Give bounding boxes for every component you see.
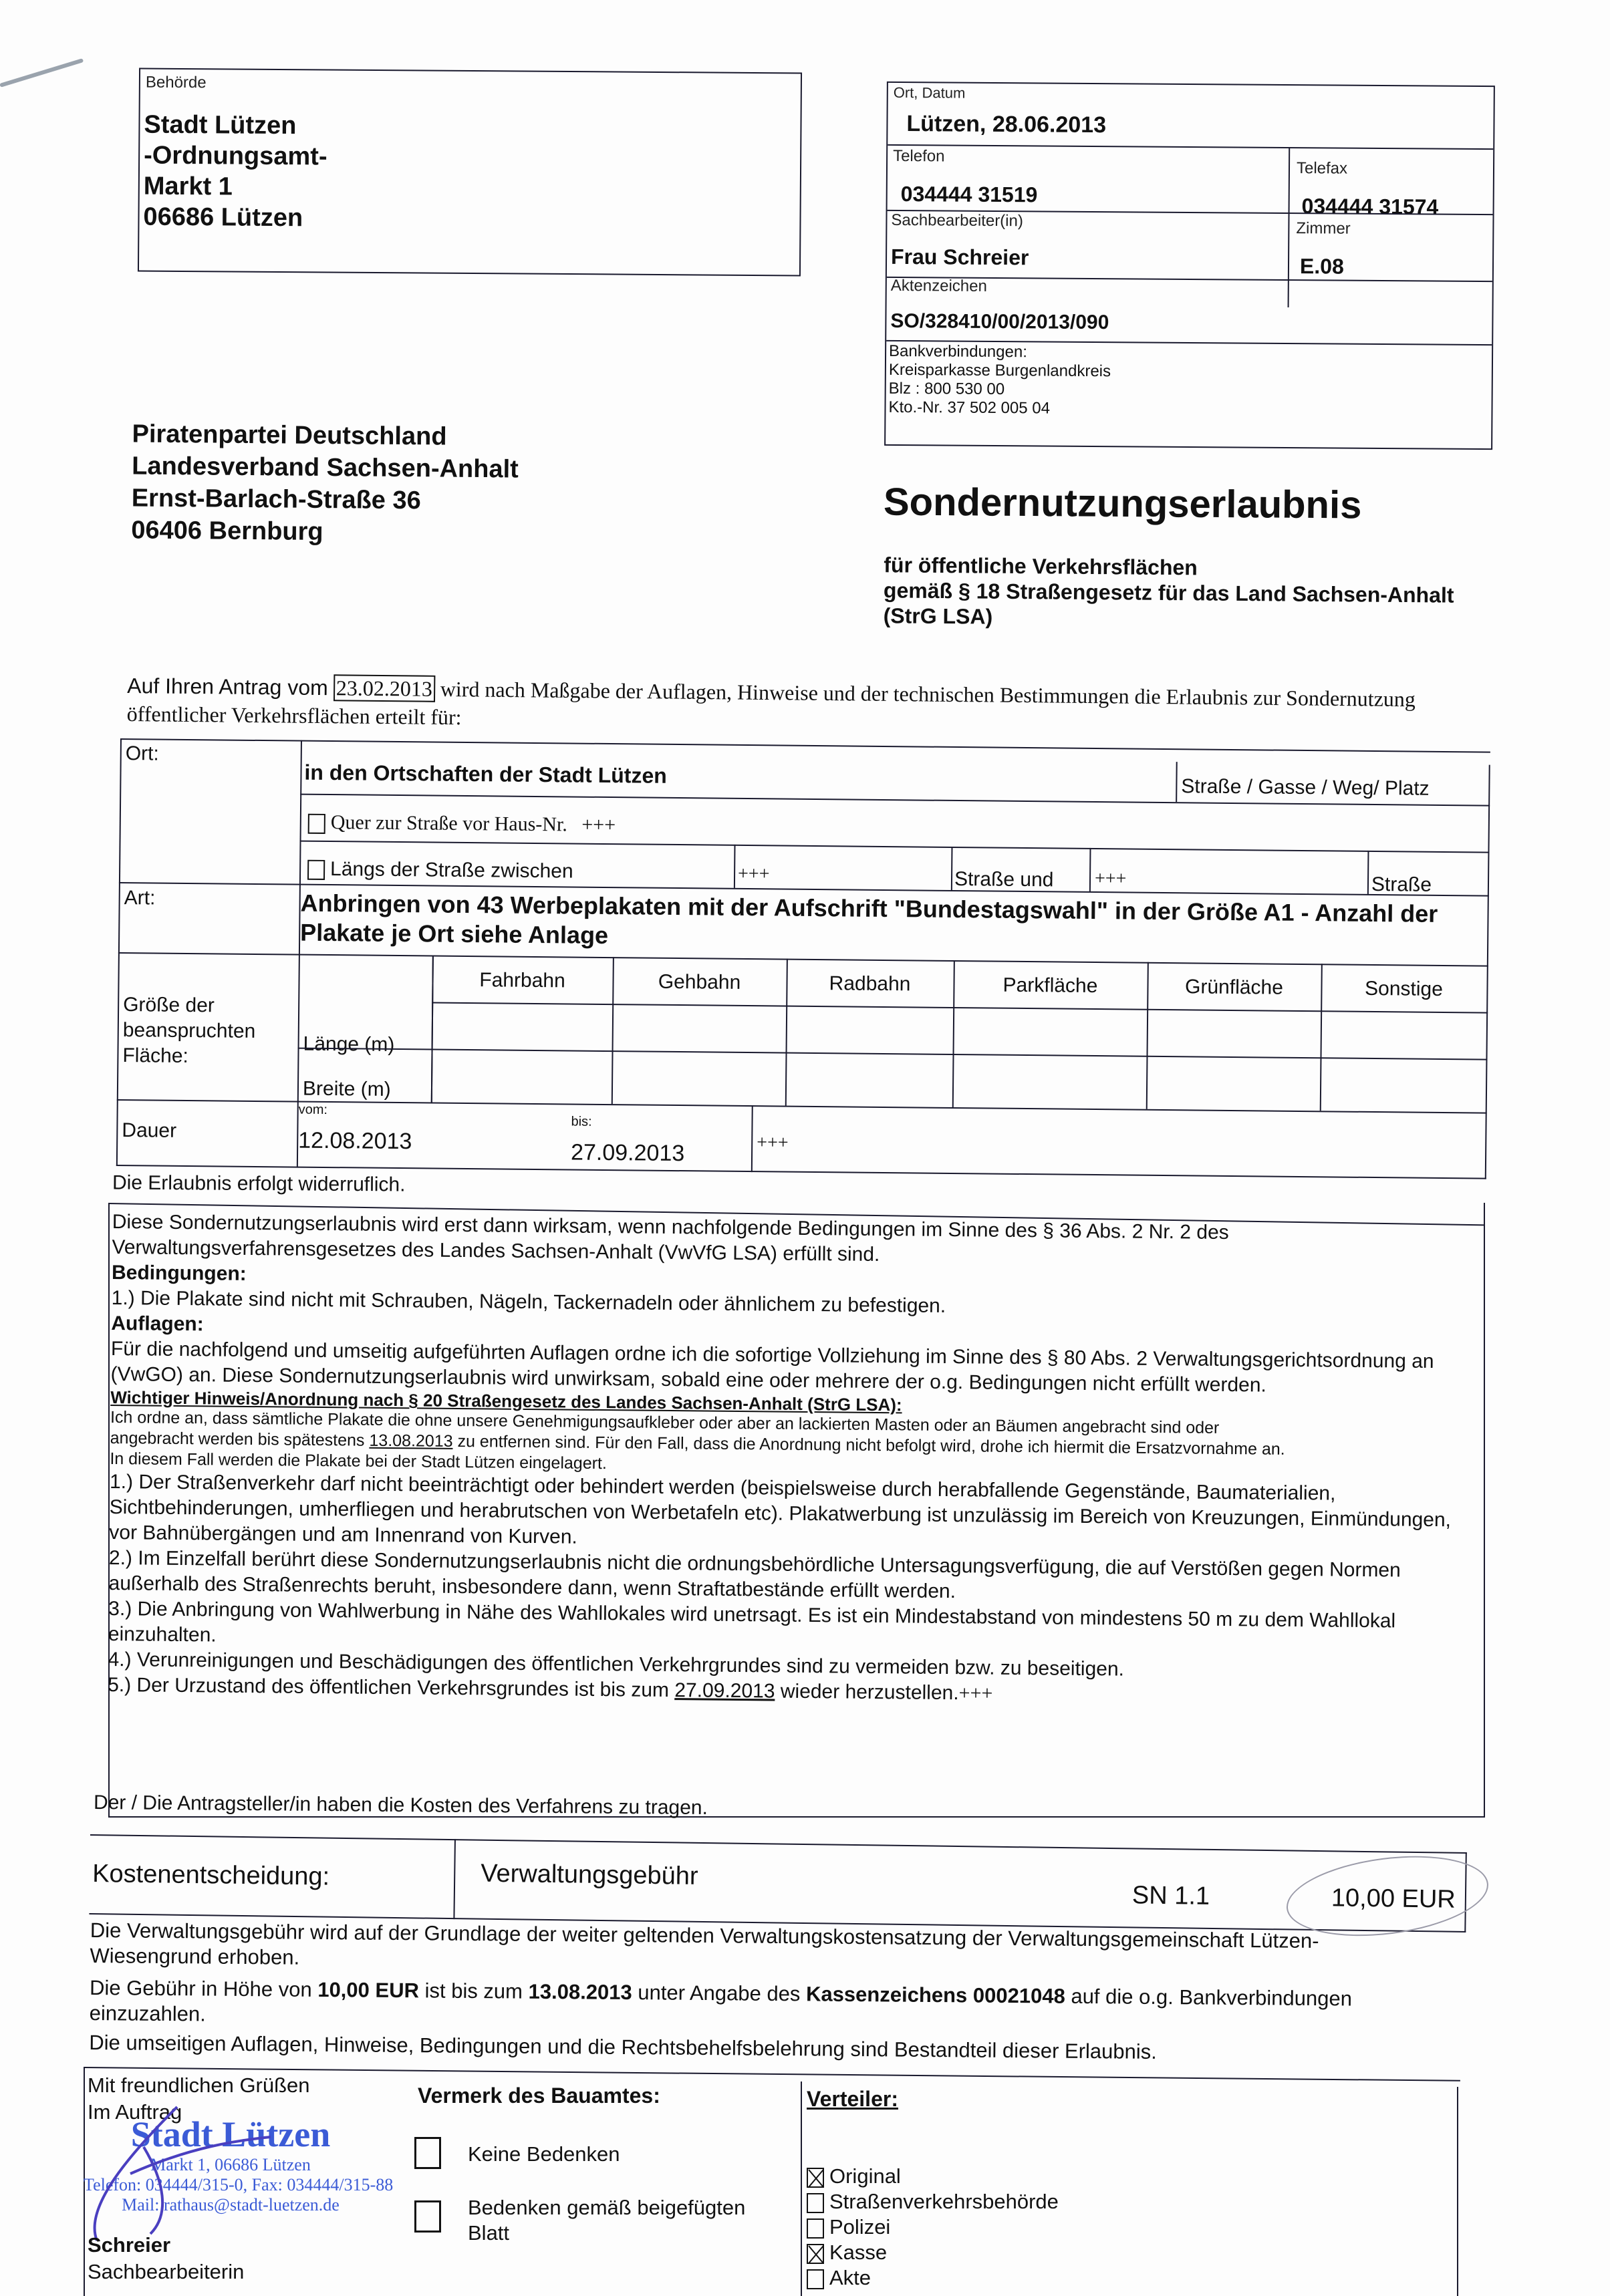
laengs-to: +++ [1095,868,1127,889]
area-column-header: Radbahn [786,972,953,996]
permit-table: Ort: in den Ortschaften der Stadt Lützen… [116,738,1490,1179]
art-label: Art: [124,887,156,909]
title-subtitle: für öffentliche Verkehrsflächen gemäß § … [884,552,1455,633]
file-ref-value: SO/328410/00/2013/090 [890,310,1109,334]
concerns-label: Bedenken gemäß beigefügten Blatt [468,2195,775,2246]
subtitle-line3: (StrG LSA) [884,603,1454,633]
fee-code: SN 1.1 [1132,1881,1210,1911]
fax-label: Telefax [1297,159,1347,178]
fax-value: 034444 31574 [1301,194,1438,219]
checked-checkbox-icon[interactable] [807,2168,824,2188]
ort-label: Ort: [126,742,159,765]
distribution-item[interactable]: Polizei [807,2214,1059,2240]
signer-name: Schreier [88,2232,244,2259]
pay-mid2: unter Angabe des [638,1981,800,2005]
fee-basis: Die Verwaltungsgebühr wird auf der Grund… [90,1918,1440,1981]
area-column-header: Gehbahn [612,970,786,994]
distribution-item[interactable]: Straßenverkehrsbehörde [807,2189,1059,2214]
to-label: bis: [571,1115,591,1130]
intro-line2: öffentlicher Verkehrsflächen erteilt für… [127,702,462,729]
notice-line2-prefix: angebracht werden bis spätestens [110,1429,365,1450]
cost-decision-box: Kostenentscheidung: Verwaltungsgebühr SN… [89,1834,1466,1932]
distribution-item[interactable]: Kasse [807,2240,1059,2265]
distribution-list: OriginalStraßenverkehrsbehördePolizeiKas… [807,2164,1059,2291]
recipient-line1: Piratenpartei Deutschland [132,418,519,453]
checkbox-icon[interactable] [807,2218,824,2239]
cash-reference: Kassenzeichens 00021048 [806,1982,1065,2007]
concerns-checkbox[interactable] [414,2200,441,2233]
authority-city: 06686 Lützen [143,202,327,234]
no-concerns-label: Keine Bedenken [468,2142,620,2166]
greeting: Mit freundlichen Grüßen [88,2072,310,2099]
art-value: Anbringen von 43 Werbeplakaten mit der A… [300,889,1484,959]
distribution-item-label: Original [829,2164,901,2188]
recipient-line3: Ernst-Barlach-Straße 36 [132,482,519,517]
building-office-heading: Vermerk des Bauamtes: [418,2084,660,2108]
authority-street: Markt 1 [144,171,327,203]
application-date: 23.02.2013 [333,674,435,702]
pay-amount: 10,00 EUR [317,1978,419,2002]
authority-department: -Ordnungsamt- [144,140,327,172]
duration-extra: +++ [757,1132,789,1153]
laengs-option[interactable]: Längs der Straße zwischen [307,858,573,883]
quer-option[interactable]: Quer zur Straße vor Haus-Nr. +++ [308,811,616,837]
handwritten-signature [70,2100,284,2247]
authority-name: Stadt Lützen [144,110,327,142]
distribution-item-label: Polizei [829,2215,890,2239]
laengs-checkbox[interactable] [307,860,325,880]
requirement-5-prefix: 5.) Der Urzustand des öffentlichen Verke… [108,1674,669,1701]
street-end: Straße [1371,873,1432,897]
laengs-from: +++ [738,863,770,885]
area-column-header: Parkfläche [953,974,1147,998]
intro-suffix: wird nach Maßgabe der Auflagen, Hinweise… [440,677,1416,711]
ort-value: in den Ortschaften der Stadt Lützen [304,760,667,788]
recipient-line4: 06406 Bernburg [131,514,518,549]
room-label: Zimmer [1296,219,1351,239]
recipient-line2: Landesverband Sachsen-Anhalt [132,450,519,485]
checked-checkbox-icon[interactable] [807,2244,824,2264]
room-value: E.08 [1300,254,1344,279]
distribution-heading: Verteiler: [807,2087,898,2112]
bank-name: Kreisparkasse Burgenlandkreis [889,361,1111,381]
to-date: 27.09.2013 [571,1140,685,1167]
clerk-value: Frau Schreier [891,245,1029,270]
street-type: Straße / Gasse / Weg/ Platz [1181,775,1430,801]
distribution-item-label: Kasse [829,2241,887,2264]
signer: Schreier Sachbearbeiterin [88,2232,244,2285]
duration-label: Dauer [122,1119,176,1143]
authority-address: Stadt Lützen -Ordnungsamt- Markt 1 06686… [143,110,327,234]
file-ref-label: Aktenzeichen [891,277,987,296]
authority-box: Behörde Stadt Lützen -Ordnungsamt- Markt… [138,68,802,277]
cost-decision-label: Kostenentscheidung: [92,1860,329,1892]
place-date-label: Ort, Datum [894,84,966,102]
revocable-note: Die Erlaubnis erfolgt widerruflich. [112,1171,406,1196]
requirement-1: 1.) Der Straßenverkehr darf nicht beeint… [109,1469,1473,1559]
fee-text: Die Verwaltungsgebühr wird auf der Grund… [89,1918,1480,2067]
quer-label: Quer zur Straße vor Haus-Nr. [331,811,567,835]
area-label: Größe der beanspruchten Fläche: [122,992,290,1070]
notice-deadline: 13.08.2013 [369,1431,452,1451]
place-date: Lützen, 28.06.2013 [906,111,1106,138]
fee-type: Verwaltungsgebühr [481,1860,698,1891]
requirement-5-date: 27.09.2013 [674,1679,775,1702]
distribution-item[interactable]: Akte [807,2265,1059,2291]
recipient-address: Piratenpartei Deutschland Landesverband … [131,418,519,549]
info-box: Ort, Datum Lützen, 28.06.2013 Telefon 03… [884,82,1495,450]
bank-code: Blz : 800 530 00 [889,380,1111,400]
bank-details: Bankverbindungen: Kreisparkasse Burgenla… [888,342,1111,418]
distribution-item[interactable]: Original [807,2164,1059,2189]
street-and: Straße und [954,868,1054,891]
checkbox-icon[interactable] [807,2193,824,2213]
staple-mark [0,58,84,88]
checkbox-icon[interactable] [807,2269,824,2289]
signer-role: Sachbearbeiterin [88,2259,244,2285]
width-label: Breite (m) [303,1078,391,1101]
conditions-content: Diese Sondernutzungserlaubnis wird erst … [108,1209,1476,1711]
pay-date: 13.08.2013 [528,1980,632,2004]
requirement-5-mark: +++ [958,1682,992,1704]
document-title: Sondernutzungserlaubnis [884,480,1362,528]
bank-account: Kto.-Nr. 37 502 005 04 [888,398,1110,418]
area-column-header: Grünfläche [1147,976,1321,1000]
bottom-section: Mit freundlichen Grüßen Im Auftrag Stadt… [84,2067,1460,2296]
laengs-label: Längs der Straße zwischen [330,858,573,882]
quer-checkbox[interactable] [308,814,325,834]
from-date: 12.08.2013 [298,1128,412,1155]
distribution-item-label: Straßenverkehrsbehörde [829,2190,1059,2213]
clerk-label: Sachbearbeiter(in) [891,211,1023,231]
pay-prefix: Die Gebühr in Höhe von [90,1976,312,2001]
pay-mid: ist bis zum [424,1979,523,2003]
phone-label: Telefon [893,147,945,166]
requirement-5-suffix: wieder herzustellen. [781,1681,959,1705]
length-label: Länge (m) [303,1033,394,1056]
authority-label: Behörde [146,74,207,93]
intro-text: Auf Ihren Antrag vom 23.02.2013 wird nac… [127,672,1504,742]
payment-instruction: Die Gebühr in Höhe von 10,00 EUR ist bis… [90,1975,1360,2037]
bank-label: Bankverbindungen: [889,342,1111,362]
distribution-item-label: Akte [829,2266,871,2289]
no-concerns-checkbox[interactable] [414,2137,441,2169]
area-column-header: Fahrbahn [432,968,612,993]
conditions-box: Diese Sondernutzungserlaubnis wird erst … [108,1203,1485,1818]
quer-value: +++ [581,814,616,836]
from-label: vom: [299,1103,328,1118]
intro-prefix: Auf Ihren Antrag vom [127,674,328,700]
area-column-header: Sonstige [1321,977,1486,1001]
phone-value: 034444 31519 [901,182,1038,207]
